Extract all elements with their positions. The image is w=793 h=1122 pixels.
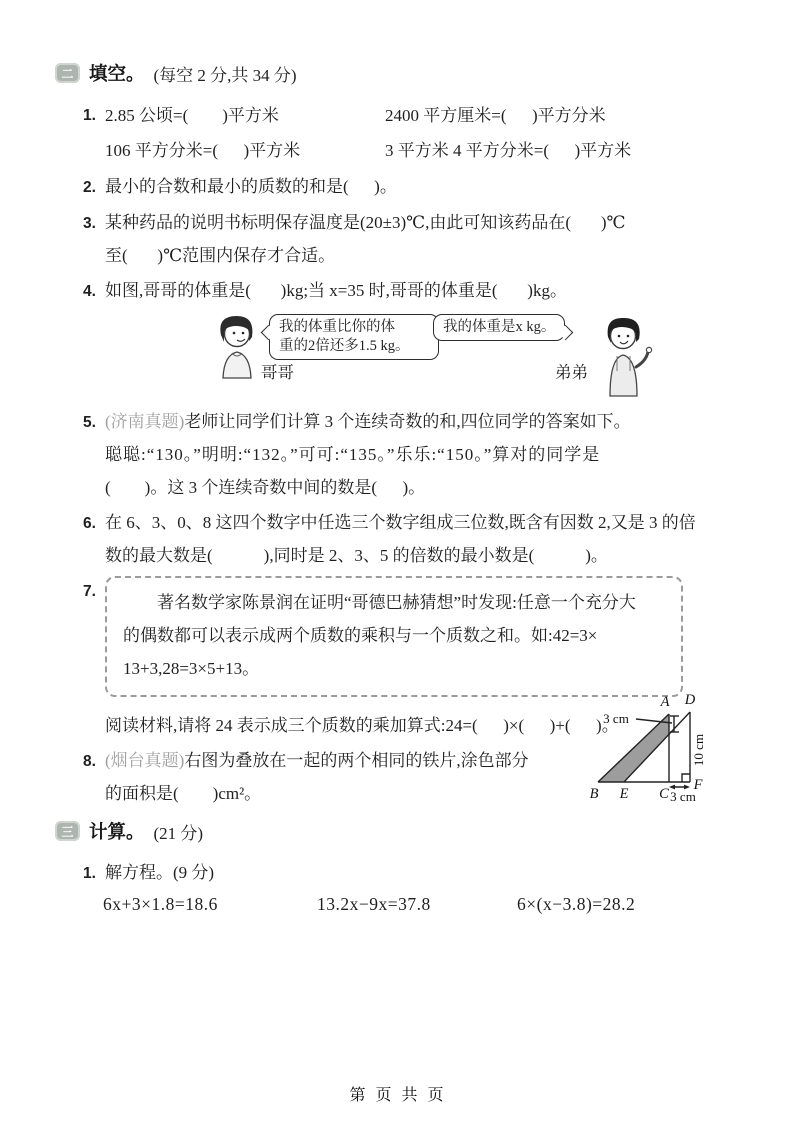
q7-material-box: 著名数学家陈景润在证明“哥德巴赫猜想”时发现:任意一个充分大 的偶数都可以表示成… [105,576,683,697]
q5-line-1: (济南真题)老师让同学们计算 3 个连续奇数的和,四位同学的答案如下。 [105,405,747,438]
calc-sub1-title: 解方程。(9 分) [105,856,747,889]
question-3: 3. 某种药品的说明书标明保存温度是(20±3)℃,由此可知该药品在( )℃ 至… [83,206,747,272]
q3-line-2: 至( )℃范围内保存才合适。 [105,239,747,272]
q6-line-1: 在 6、3、0、8 这四个数字中任选三个数字组成三位数,既含有因数 2,又是 3… [105,506,747,539]
q1-row2-right: 3 平方米 4 平方分米=( )平方米 [385,133,631,168]
question-7-number: 7. [83,574,105,742]
question-6-body: 在 6、3、0、8 这四个数字中任选三个数字组成三位数,既含有因数 2,又是 3… [105,506,747,572]
vertex-a-label: A [660,694,670,710]
top-measure-label: 3 cm [603,711,629,726]
question-1-body: 2.85 公顷=( )平方米 2400 平方厘米=( )平方分米 106 平方分… [105,98,747,168]
overlapping-triangles-figure: A D B E C F 3 cm 10 cm 3 cm [586,690,748,808]
q5-line-2: 聪聪:“130。”明明:“132。”可可:“135。”乐乐:“150。”算对的同… [105,438,747,471]
question-2-body: 最小的合数和最小的质数的和是( )。 [105,170,747,204]
younger-brother-label: 弟弟 [555,363,588,382]
worksheet-page: 二 填空。 (每空 2 分,共 34 分) 1. 2.85 公顷=( )平方米 … [0,0,793,1122]
question-1-row-1: 2.85 公顷=( )平方米 2400 平方厘米=( )平方分米 [105,98,747,133]
equation-1: 6x+3×1.8=18.6 [103,894,218,915]
question-2-number: 2. [83,170,105,204]
calc-section-score: (21 分) [154,819,204,844]
q8-source-tag: (烟台真题) [105,751,184,770]
fill-section-title: 填空。 [89,60,145,86]
equations-row: 6x+3×1.8=18.6 13.2x−9x=37.8 6×(x−3.8)=28… [55,894,747,934]
q5-line1-text: 老师让同学们计算 3 个连续奇数的和,四位同学的答案如下。 [184,412,630,431]
question-5-number: 5. [83,405,105,504]
equation-3: 6×(x−3.8)=28.2 [517,894,635,915]
calc-subquestion-1: 1. 解方程。(9 分) [83,856,747,890]
calc-sub1-number: 1. [83,856,105,890]
fill-section-header: 二 填空。 (每空 2 分,共 34 分) [55,60,747,86]
q3-line-1: 某种药品的说明书标明保存温度是(20±3)℃,由此可知该药品在( )℃ [105,206,747,239]
q7-box-line-1: 著名数学家陈景润在证明“哥德巴赫猜想”时发现:任意一个充分大 [123,586,665,619]
bubble1-line1: 我的体重比你的体 [279,318,429,337]
question-6-number: 6. [83,506,105,572]
question-5-body: (济南真题)老师让同学们计算 3 个连续奇数的和,四位同学的答案如下。 聪聪:“… [105,405,747,504]
vertex-d-label: D [684,692,696,708]
section-three-badge-icon: 三 [55,821,80,841]
calc-section-title: 计算。 [89,818,145,844]
q1-row1-left: 2.85 公顷=( )平方米 [105,98,385,133]
q2-text: 最小的合数和最小的质数的和是( )。 [105,170,747,203]
older-brother-illustration [207,313,265,379]
question-4-number: 4. [83,274,105,308]
question-5: 5. (济南真题)老师让同学们计算 3 个连续奇数的和,四位同学的答案如下。 聪… [83,405,747,504]
weight-illustration: 哥哥 我的体重比你的体 重的2倍还多1.5 kg。 我的体重是x kg。 弟弟 [205,311,685,401]
vertex-e-label: E [619,786,629,802]
fill-section-score: (每空 2 分,共 34 分) [154,61,297,86]
older-brother-speech-bubble: 我的体重比你的体 重的2倍还多1.5 kg。 [269,314,439,360]
right-angle-mark [682,774,690,782]
q1-row1-right: 2400 平方厘米=( )平方分米 [385,98,606,133]
question-1: 1. 2.85 公顷=( )平方米 2400 平方厘米=( )平方分米 106 … [83,98,747,168]
question-4-body: 如图,哥哥的体重是( )kg;当 x=35 时,哥哥的体重是( )kg。 [105,274,747,308]
section-two-badge-icon: 二 [55,63,80,83]
vertex-c-label: C [659,786,669,802]
question-3-body: 某种药品的说明书标明保存温度是(20±3)℃,由此可知该药品在( )℃ 至( )… [105,206,747,272]
vertex-b-label: B [590,786,599,802]
younger-brother-illustration [593,315,653,397]
right-measure-label: 10 cm [691,734,706,766]
calc-sub1-body: 解方程。(9 分) [105,856,747,890]
page-footer: 第页共页 [0,1082,793,1105]
question-4: 4. 如图,哥哥的体重是( )kg;当 x=35 时,哥哥的体重是( )kg。 [83,274,747,308]
calc-section-header: 三 计算。 (21 分) [55,818,747,844]
bubble2-line1: 我的体重是x kg。 [443,318,555,337]
question-6: 6. 在 6、3、0、8 这四个数字中任选三个数字组成三位数,既含有因数 2,又… [83,506,747,572]
question-8-number: 8. [83,744,105,810]
q5-source-tag: (济南真题) [105,412,184,431]
question-1-number: 1. [83,98,105,168]
younger-brother-speech-bubble: 我的体重是x kg。 [433,314,565,341]
q7-box-line-2: 的偶数都可以表示成两个质数的乘积与一个质数之和。如:42=3× [123,619,665,652]
bubble-tail-right-icon [558,325,574,341]
q5-line-3: ( )。这 3 个连续奇数中间的数是( )。 [105,471,747,504]
equation-2: 13.2x−9x=37.8 [317,894,431,915]
q6-line-2: 数的最大数是( ),同时是 2、3、5 的倍数的最小数是( )。 [105,539,747,572]
q8-line1-text: 右图为叠放在一起的两个相同的铁片,涂色部分 [184,751,528,770]
q1-row2-left: 106 平方分米=( )平方米 [105,133,385,168]
bottom-measure-label: 3 cm [670,789,696,804]
bubble1-line2: 重的2倍还多1.5 kg。 [279,337,429,356]
older-brother-label: 哥哥 [261,363,294,382]
question-1-row-2: 106 平方分米=( )平方米 3 平方米 4 平方分米=( )平方米 [105,133,747,168]
question-3-number: 3. [83,206,105,272]
question-2: 2. 最小的合数和最小的质数的和是( )。 [83,170,747,204]
q7-box-line-3: 13+3,28=3×5+13。 [123,652,665,685]
q4-text: 如图,哥哥的体重是( )kg;当 x=35 时,哥哥的体重是( )kg。 [105,274,747,307]
